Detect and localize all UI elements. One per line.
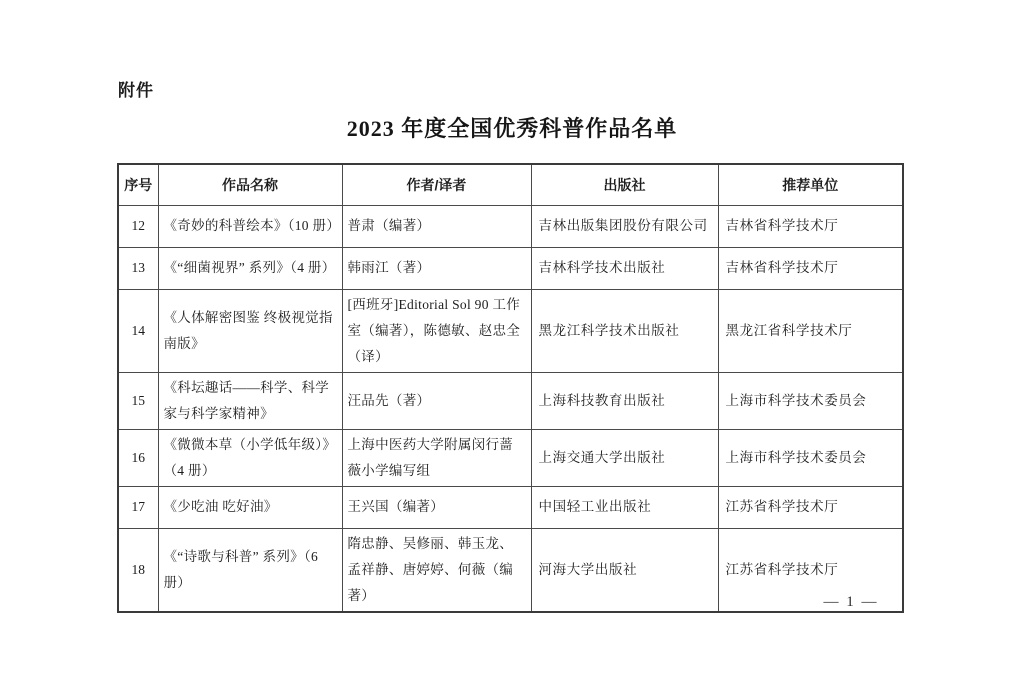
header-work-title: 作品名称 bbox=[158, 164, 342, 205]
header-serial-number: 序号 bbox=[118, 164, 158, 205]
author-translator: 隋忠静、吴修丽、韩玉龙、孟祥静、唐婷婷、何薇（编著） bbox=[342, 528, 531, 612]
publisher: 黑龙江科学技术出版社 bbox=[531, 289, 718, 372]
document-page: 附件 2023 年度全国优秀科普作品名单 序号 作品名称 作者/译者 出版社 推… bbox=[0, 0, 1024, 685]
work-title: 《少吃油 吃好油》 bbox=[158, 486, 342, 528]
row-serial-number: 15 bbox=[118, 372, 158, 429]
author-translator: 上海中医药大学附属闵行蔷薇小学编写组 bbox=[342, 429, 531, 486]
recommender: 上海市科学技术委员会 bbox=[718, 372, 903, 429]
works-table: 序号 作品名称 作者/译者 出版社 推荐单位 12 《奇妙的科普绘本》（10 册… bbox=[117, 163, 904, 613]
table-row: 13 《“细菌视界” 系列》（4 册） 韩雨江（著） 吉林科学技术出版社 吉林省… bbox=[118, 247, 903, 289]
header-recommender: 推荐单位 bbox=[718, 164, 903, 205]
header-publisher: 出版社 bbox=[531, 164, 718, 205]
publisher: 中国轻工业出版社 bbox=[531, 486, 718, 528]
recommender: 江苏省科学技术厅 bbox=[718, 486, 903, 528]
work-title: 《奇妙的科普绘本》（10 册） bbox=[158, 205, 342, 247]
table-row: 17 《少吃油 吃好油》 王兴国（编著） 中国轻工业出版社 江苏省科学技术厅 bbox=[118, 486, 903, 528]
author-translator: 普肃（编著） bbox=[342, 205, 531, 247]
attachment-label: 附件 bbox=[118, 76, 154, 101]
page-title: 2023 年度全国优秀科普作品名单 bbox=[0, 112, 1024, 143]
recommender: 上海市科学技术委员会 bbox=[718, 429, 903, 486]
publisher: 吉林出版集团股份有限公司 bbox=[531, 205, 718, 247]
recommender: 黑龙江省科学技术厅 bbox=[718, 289, 903, 372]
page-number: — 1 — bbox=[800, 594, 902, 611]
row-serial-number: 18 bbox=[118, 528, 158, 612]
author-translator: 韩雨江（著） bbox=[342, 247, 531, 289]
publisher: 吉林科学技术出版社 bbox=[531, 247, 718, 289]
recommender: 吉林省科学技术厅 bbox=[718, 205, 903, 247]
publisher: 上海科技教育出版社 bbox=[531, 372, 718, 429]
table-row: 15 《科坛趣话——科学、科学家与科学家精神》 汪品先（著） 上海科技教育出版社… bbox=[118, 372, 903, 429]
table-row: 16 《微微本草（小学低年级）》（4 册） 上海中医药大学附属闵行蔷薇小学编写组… bbox=[118, 429, 903, 486]
header-author-translator: 作者/译者 bbox=[342, 164, 531, 205]
publisher: 上海交通大学出版社 bbox=[531, 429, 718, 486]
recommender: 吉林省科学技术厅 bbox=[718, 247, 903, 289]
work-title: 《微微本草（小学低年级）》（4 册） bbox=[158, 429, 342, 486]
row-serial-number: 14 bbox=[118, 289, 158, 372]
row-serial-number: 12 bbox=[118, 205, 158, 247]
row-serial-number: 16 bbox=[118, 429, 158, 486]
publisher: 河海大学出版社 bbox=[531, 528, 718, 612]
table-row: 18 《“诗歌与科普” 系列》（6 册） 隋忠静、吴修丽、韩玉龙、孟祥静、唐婷婷… bbox=[118, 528, 903, 612]
work-title: 《“细菌视界” 系列》（4 册） bbox=[158, 247, 342, 289]
row-serial-number: 13 bbox=[118, 247, 158, 289]
author-translator: 汪品先（著） bbox=[342, 372, 531, 429]
work-title: 《“诗歌与科普” 系列》（6 册） bbox=[158, 528, 342, 612]
table-row: 14 《人体解密图鉴 终极视觉指南版》 [西班牙]Editorial Sol 9… bbox=[118, 289, 903, 372]
table-header-row: 序号 作品名称 作者/译者 出版社 推荐单位 bbox=[118, 164, 903, 205]
work-title: 《人体解密图鉴 终极视觉指南版》 bbox=[158, 289, 342, 372]
author-translator: [西班牙]Editorial Sol 90 工作室（编著），陈德敏、赵忠全（译） bbox=[342, 289, 531, 372]
table-row: 12 《奇妙的科普绘本》（10 册） 普肃（编著） 吉林出版集团股份有限公司 吉… bbox=[118, 205, 903, 247]
work-title: 《科坛趣话——科学、科学家与科学家精神》 bbox=[158, 372, 342, 429]
author-translator: 王兴国（编著） bbox=[342, 486, 531, 528]
row-serial-number: 17 bbox=[118, 486, 158, 528]
